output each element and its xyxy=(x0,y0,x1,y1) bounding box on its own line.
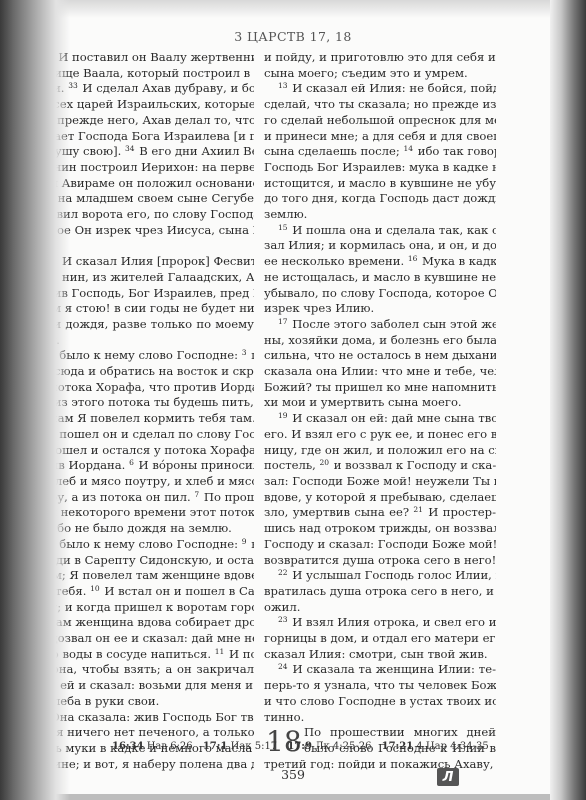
chapter-number-17: 17 xyxy=(22,256,58,284)
text-line: своем Авираме он положил основание xyxy=(22,176,254,192)
text-line: вот, там женщина вдова собирает дрова. xyxy=(22,615,254,631)
text-line: сделай, что ты сказала; но прежде из это… xyxy=(264,97,496,113)
text-line: сильна, что не осталось в нем дыхания. 1… xyxy=(264,348,496,364)
text-line: вратилась душа отрока сего в него, и он xyxy=(264,584,496,600)
xref-verse: 16:34 xyxy=(112,741,144,752)
text-line: сох, ибо не было дождя на землю. xyxy=(22,521,254,537)
verse-number: 23 xyxy=(278,615,288,624)
text-line: перь-то я узнала, что ты человек Божий, xyxy=(264,678,496,694)
text-line: убывало, по слову Господа, которое Он xyxy=(264,286,496,302)
verse-number: 11 xyxy=(215,647,225,656)
text-line: ся у потока Хорафа, что против Иорда- xyxy=(22,380,254,396)
text-line: 2 И было к нему слово Господне: 3 пой- xyxy=(22,348,254,364)
verse-number: 3 xyxy=(242,348,247,357)
text-line: в капище Ваала, который построил в Са- xyxy=(22,66,254,82)
text-line: репту; и когда пришел к воротам города, xyxy=(22,600,254,616)
text-line: 12 Она сказала: жив Господь Бог твой! xyxy=(22,710,254,726)
text-line: сына моего; съедим это и умрем. xyxy=(264,66,496,82)
xref-verse: 17:1 xyxy=(203,741,228,752)
text-line: ствии некоторого времени этот поток вы- xyxy=(22,505,254,521)
text-line: 8 И было к нему слово Господне: 9 встань xyxy=(22,537,254,553)
text-line: шись над отроком трижды, он воззвал к xyxy=(264,521,496,537)
verse-number: 19 xyxy=(278,411,288,420)
text-line: на. 32 И поставил он Ваалу жертвенник xyxy=(22,50,254,66)
verse-number: 20 xyxy=(320,458,330,467)
text-line: 15 И пошла она и сделала так, как ска- xyxy=(264,223,496,239)
page-top-edge xyxy=(0,0,586,18)
text-line: лее всех царей Израильских, которые xyxy=(22,97,254,113)
left-text-block-b: 2 И было к нему слово Господне: 3 пой-ди… xyxy=(22,348,254,772)
text-line: вина. xyxy=(22,238,254,254)
verse-number: 12 xyxy=(36,710,46,719)
text-line: 5 И пошел он и сделал по слову Господ- xyxy=(22,427,254,443)
verse-number: 16 xyxy=(408,254,418,263)
verse-number: 7 xyxy=(194,490,199,499)
text-line: филянин построил Иерихон: на первенце xyxy=(22,160,254,176)
text-line: зал Илия; и кормилась она, и он, и дом xyxy=(264,238,496,254)
text-line: 19 И сказал он ей: дай мне сына тво- xyxy=(264,411,496,427)
text-line: не истощалась, и масло в кувшине не xyxy=(264,270,496,286)
xref-target: Иак 5:17 xyxy=(227,741,280,752)
text-line: Господу и сказал: Господи Боже мой! да xyxy=(264,537,496,553)
text-line: постель, 20 и воззвал к Господу и ска- xyxy=(264,458,496,474)
text-line: 24 И сказала та женщина Илии: те- xyxy=(264,662,496,678)
text-line: у меня ничего нет печеного, а только ест… xyxy=(22,725,254,741)
text-line: и пойди в Сарепту Сидонскую, и оставай- xyxy=(22,553,254,569)
text-line: ди отсюда и обратись на восток и скрой- xyxy=(22,364,254,380)
text-line: поставил ворота его, по слову Господа, xyxy=(22,207,254,223)
text-line: ню: пошел и остался у потока Хорафа, что xyxy=(22,443,254,459)
text-line: 23 И взял Илия отрока, и свел его из xyxy=(264,615,496,631)
text-line: сказал Илия: смотри, сын твой жив. xyxy=(264,647,496,663)
verse-number: 14 xyxy=(403,144,413,153)
verse-number: 4 xyxy=(44,395,49,404)
chapter-17-block: 17 И сказал Илия [пророк] Фесвитя-нин, и… xyxy=(22,254,254,348)
text-line: сказала она Илии: что мне и тебе, челове… xyxy=(264,364,496,380)
text-line: изрек чрез Илию. xyxy=(264,301,496,317)
left-column: на. 32 И поставил он Ваалу жертвенникв к… xyxy=(22,50,254,772)
text-line: зло, умертвив сына ее? 21 И простер- xyxy=(264,505,496,521)
xref-target: 4 Цар 4:34-35 xyxy=(413,741,489,752)
text-line: ему хлеб и мясо поутру, и хлеб и мясо по xyxy=(22,474,254,490)
text-line: ны, хозяйки дома, и болезнь его была так xyxy=(264,333,496,349)
text-line: ницу, где он жил, и положил его на свою xyxy=(264,443,496,459)
page-number: 359 xyxy=(0,767,586,782)
text-line: 13 И сказал ей Илия: не бойся, пойди, xyxy=(264,81,496,97)
text-line: зал: Господи Боже мой! неужели Ты и xyxy=(264,474,496,490)
text-line: торым я стою! в сии годы не будет ни ро- xyxy=(22,301,254,317)
text-line: хи мои и умертвить сына моего. xyxy=(264,395,496,411)
xref-verse: 17:9 xyxy=(287,741,312,752)
verse-number: 6 xyxy=(129,458,134,467)
page-bottom-edge xyxy=(0,794,586,800)
text-line: его и на младшем своем сыне Сегубе xyxy=(22,191,254,207)
cross-references: 16:34 Нав 6:26 17:1 Иак 5:17 17:9 Лк 4:2… xyxy=(112,741,489,752)
text-line: Божий? ты пришел ко мне напомнить гре- xyxy=(264,380,496,396)
verse-number: 33 xyxy=(68,81,78,90)
text-line: истощится, и масло в кувшине не убудет xyxy=(264,176,496,192)
text-line: горницы в дом, и отдал его матери его, и xyxy=(264,631,496,647)
text-line: сына сделаешь после; 14 ибо так говорит xyxy=(264,144,496,160)
xref-target: Нав 6:26 xyxy=(144,741,196,752)
verse-number: 34 xyxy=(125,144,135,153)
verse-number: 22 xyxy=(278,568,288,577)
left-text-block-a: на. 32 И поставил он Ваалу жертвенникв к… xyxy=(22,50,254,254)
text-line: сы, ни дождя, разве только по моему xyxy=(22,317,254,333)
text-line: вслед ей и сказал: возьми для меня и ку- xyxy=(22,678,254,694)
text-line: ся там; Я повелел там женщине вдове кор- xyxy=(22,568,254,584)
text-line: землю. xyxy=(264,207,496,223)
text-line: 22 И услышал Господь голос Илии, и воз- xyxy=(264,568,496,584)
verse-number: 5 xyxy=(36,427,41,436)
text-line: были прежде него, Ахав делал то, что раз… xyxy=(22,113,254,129)
text-line: ву: жив Господь, Бог Израилев, пред Ко- xyxy=(22,286,254,302)
text-line: сок хлеба в руки свои. xyxy=(22,694,254,710)
text-line: шла она, чтобы взять; а он закричал xyxy=(22,662,254,678)
text-line: воронам Я повелел кормить тебя там. xyxy=(22,411,254,427)
verse-number: 17 xyxy=(278,317,288,326)
running-head: 3 ЦАРСТВ 17, 18 xyxy=(0,29,586,44)
verse-number: 13 xyxy=(278,81,288,90)
page-right-edge xyxy=(550,0,586,800)
text-line: которое Он изрек чрез Иисуса, сына На- xyxy=(22,223,254,239)
text-line: вечеру, а из потока он пил. 7 По проше- xyxy=(22,490,254,506)
right-text-block: и пойду, и приготовлю это для себя и для… xyxy=(264,50,496,725)
text-line: возвратится душа отрока сего в него! xyxy=(264,553,496,569)
verse-number: 10 xyxy=(90,584,100,593)
text-line: дражает Господа Бога Израилева [и погу- xyxy=(22,129,254,145)
right-column: и пойду, и приготовлю это для себя и для… xyxy=(264,50,496,772)
text-line: и пойду, и приготовлю это для себя и для xyxy=(264,50,496,66)
text-line: и что слово Господне в устах твоих ис- xyxy=(264,694,496,710)
text-line: Господь Бог Израилев: мука в кадке не xyxy=(264,160,496,176)
text-line: вдове, у которой я пребываю, сделаешь xyxy=(264,490,496,506)
verse-number: 21 xyxy=(413,505,423,514)
verse-number: 24 xyxy=(278,662,288,671)
verse-number: 15 xyxy=(278,223,288,232)
verse-number: 9 xyxy=(242,537,247,546)
xref-verse: 17:21 xyxy=(382,741,414,752)
text-line: марии. 33 И сделал Ахав дубраву, и бо- xyxy=(22,81,254,97)
verse-number: 8 xyxy=(36,537,41,546)
text-line: много воды в сосуде напиться. 11 И по- xyxy=(22,647,254,663)
text-line: мить тебя. 10 И встал он и пошел в Са- xyxy=(22,584,254,600)
verse-number: 32 xyxy=(44,50,54,59)
xref-target: Лк 4:25-26 xyxy=(312,741,375,752)
text-line: его. И взял его с рук ее, и понес его в … xyxy=(264,427,496,443)
watermark-logo-icon: Л xyxy=(437,768,459,786)
text-line: ожил. xyxy=(264,600,496,616)
text-line: слову. xyxy=(22,333,254,349)
text-line: го сделай небольшой опреснок для меня xyxy=(264,113,496,129)
verse-number: 2 xyxy=(36,348,41,357)
text-line: И подозвал он ее и сказал: дай мне не- xyxy=(22,631,254,647)
text-line: и принеси мне; а для себя и для своего xyxy=(264,129,496,145)
text-line: против Иордана. 6 И вóроны приносили xyxy=(22,458,254,474)
text-line: 17 После этого заболел сын этой женщи- xyxy=(264,317,496,333)
text-line: тинно. xyxy=(264,710,496,726)
text-line: ее несколько времени. 16 Мука в кадке xyxy=(264,254,496,270)
text-line: до того дня, когда Господь даст дождь на xyxy=(264,191,496,207)
text-line: бил душу свою]. 34 В его дни Ахиил Ве- xyxy=(22,144,254,160)
book-page: 3 ЦАРСТВ 17, 18 на. 32 И поставил он Ваа… xyxy=(0,0,586,800)
text-line: на; 4 из этого потока ты будешь пить, а xyxy=(22,395,254,411)
